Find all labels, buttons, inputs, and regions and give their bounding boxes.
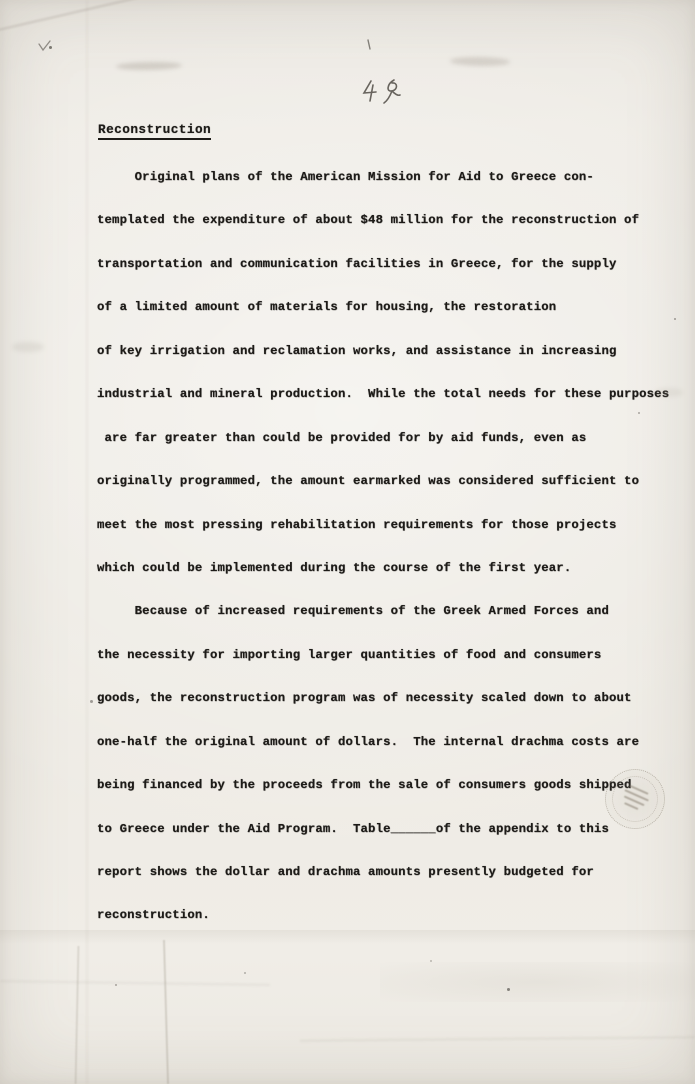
document-line: one-half the original amount of dollars.… bbox=[97, 721, 669, 764]
smudge-mark bbox=[116, 61, 182, 70]
document-line: Because of increased requirements of the… bbox=[97, 590, 669, 633]
paper-edge-line bbox=[0, 0, 146, 35]
paper-crease bbox=[380, 962, 695, 1002]
smudge-mark bbox=[655, 388, 683, 397]
document-line: of key irrigation and reclamation works,… bbox=[97, 330, 669, 373]
document-body: Original plans of the American Mission f… bbox=[97, 156, 669, 938]
document-line: originally programmed, the amount earmar… bbox=[97, 460, 669, 503]
section-heading: Reconstruction bbox=[98, 122, 211, 140]
smudge-mark bbox=[450, 56, 510, 66]
scanned-document-page: Reconstruction Original plans of the Ame… bbox=[0, 0, 695, 1084]
paper-crease bbox=[300, 1036, 695, 1041]
document-line: transportation and communication facilit… bbox=[97, 243, 669, 286]
paper-speck bbox=[90, 700, 93, 703]
document-line: templated the expenditure of about $48 m… bbox=[97, 199, 669, 242]
paper-fold bbox=[75, 946, 80, 1084]
document-line: report shows the dollar and drachma amou… bbox=[97, 851, 669, 894]
paper-speck bbox=[430, 960, 432, 962]
paper-speck bbox=[49, 46, 52, 49]
paper-speck bbox=[115, 984, 117, 986]
paper-fold bbox=[163, 940, 169, 1084]
paper-speck bbox=[674, 318, 676, 320]
paper-speck bbox=[507, 988, 510, 991]
paper-crease bbox=[0, 980, 270, 986]
document-line: are far greater than could be provided f… bbox=[97, 417, 669, 460]
document-line: being financed by the proceeds from the … bbox=[97, 764, 669, 807]
handwritten-page-number bbox=[356, 70, 416, 110]
document-line: which could be implemented during the co… bbox=[97, 547, 669, 590]
document-line: meet the most pressing rehabilitation re… bbox=[97, 504, 669, 547]
paper-crease bbox=[0, 930, 695, 944]
paper-crease bbox=[86, 0, 88, 1084]
document-line: the necessity for importing larger quant… bbox=[97, 634, 669, 677]
document-line: goods, the reconstruction program was of… bbox=[97, 677, 669, 720]
paper-speck bbox=[638, 412, 640, 414]
smudge-mark bbox=[12, 342, 44, 352]
pen-tick-mark bbox=[364, 38, 376, 52]
paper-speck bbox=[244, 972, 246, 974]
document-line: Original plans of the American Mission f… bbox=[97, 156, 669, 199]
stamp-inner-ring bbox=[605, 769, 666, 830]
document-line: industrial and mineral production. While… bbox=[97, 373, 669, 416]
document-line: of a limited amount of materials for hou… bbox=[97, 286, 669, 329]
document-line: to Greece under the Aid Program. Table__… bbox=[97, 808, 669, 851]
